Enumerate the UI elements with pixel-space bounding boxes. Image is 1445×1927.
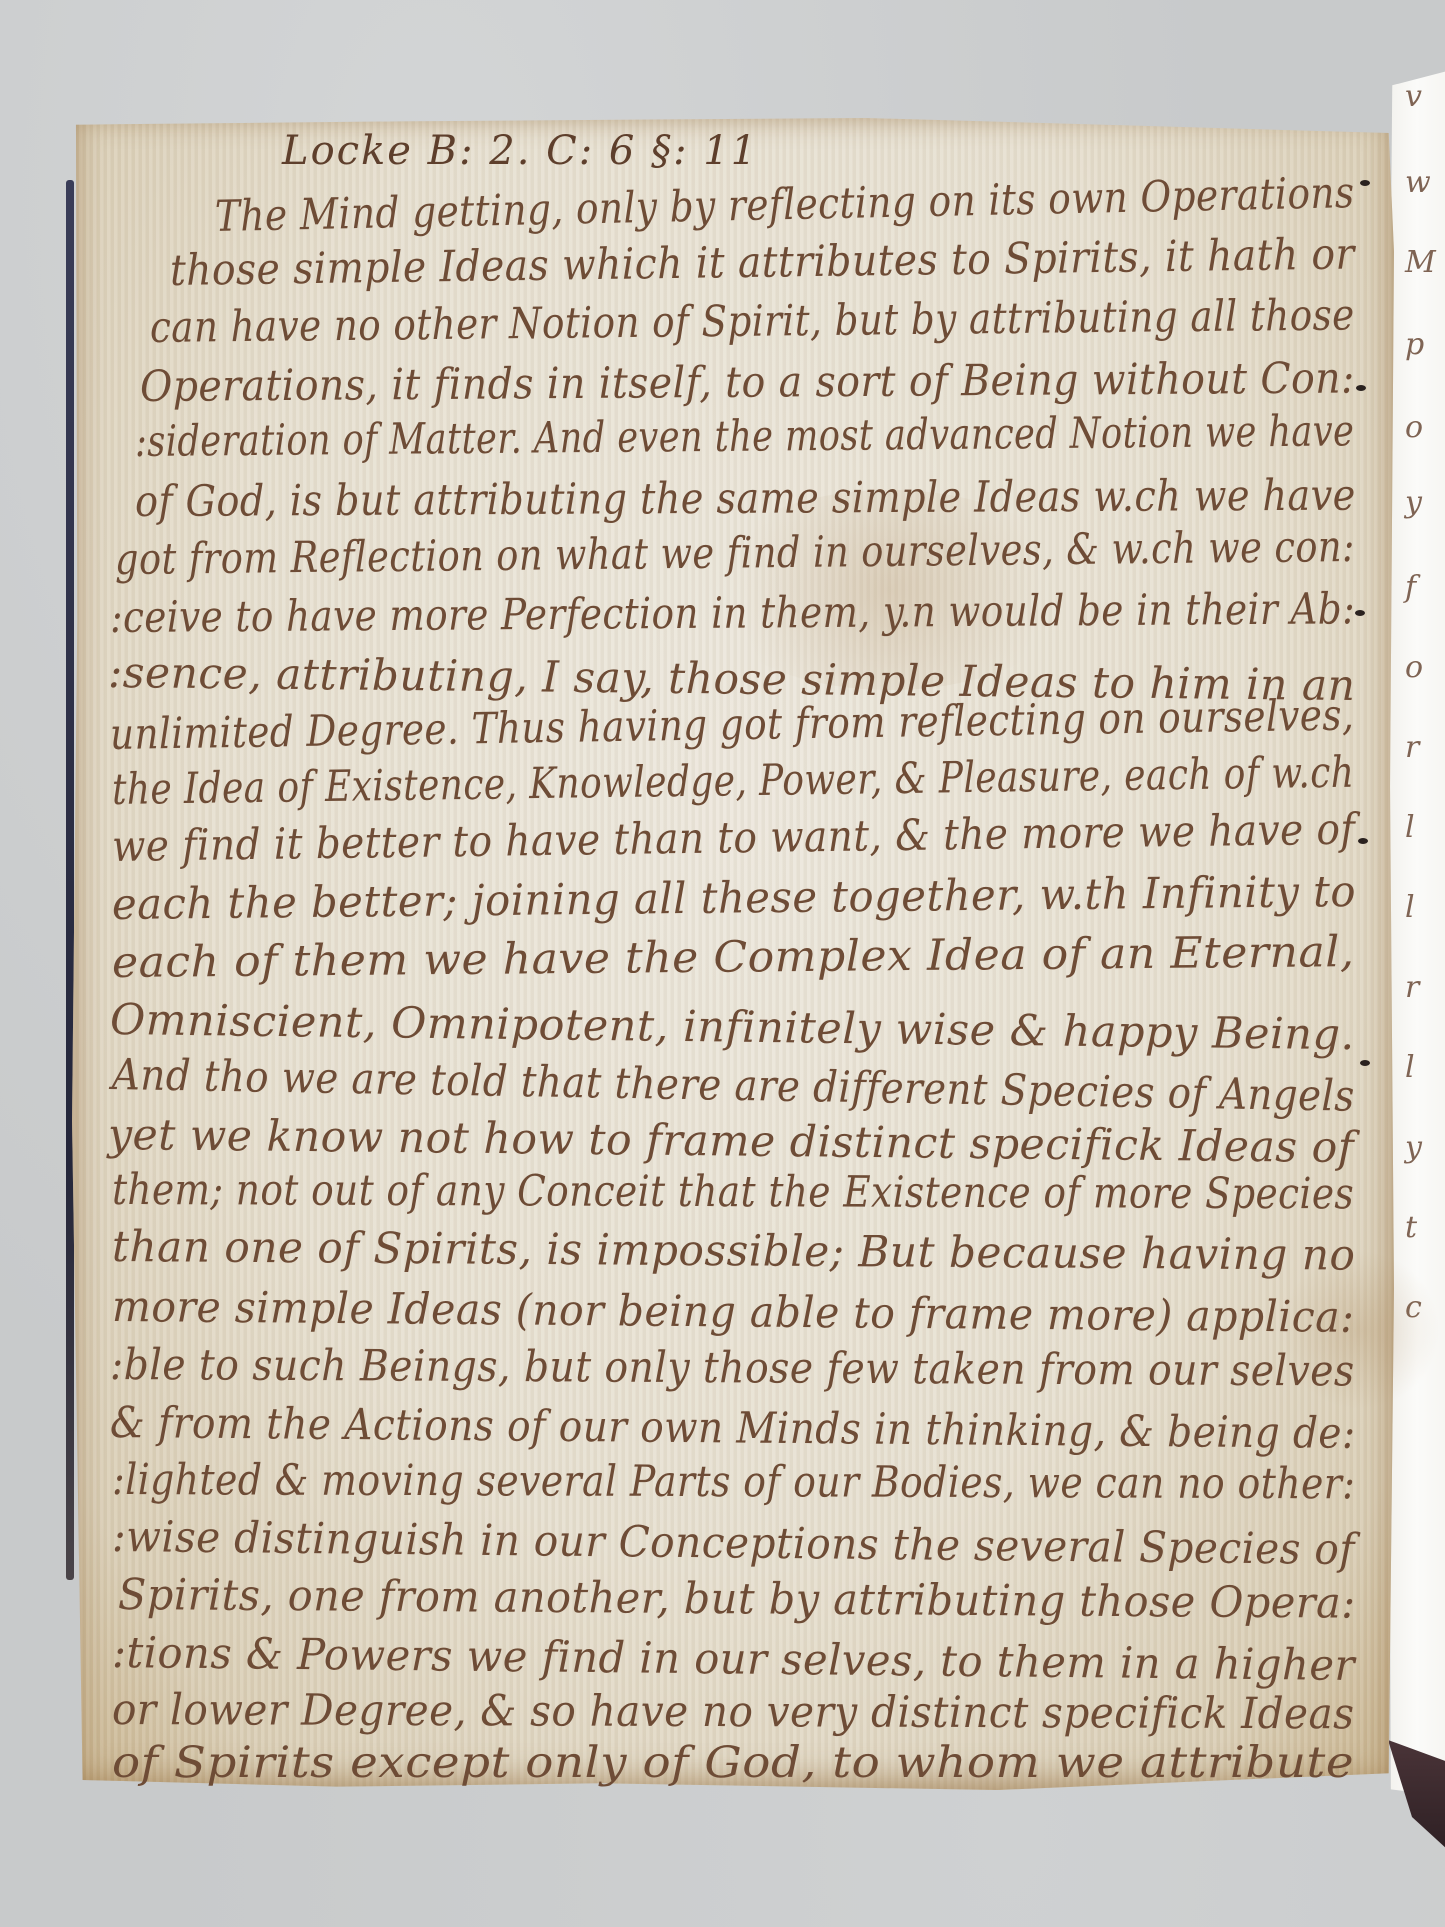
text-line: them; not out of any Conceit that the Ex…	[112, 1165, 1354, 1219]
facing-fragment: M	[1405, 248, 1436, 278]
facing-fragment: w	[1405, 168, 1431, 198]
text-line: or lower Degree, & so have no very disti…	[112, 1685, 1355, 1739]
binding-hole	[1355, 610, 1365, 616]
text-line: Spirits, one from another, but by attrib…	[118, 1570, 1356, 1629]
facing-fragment: y	[1405, 488, 1422, 518]
facing-fragment: o	[1405, 413, 1423, 443]
text-line: :sideration of Matter. And even the most…	[135, 406, 1355, 467]
facing-fragment: l	[1405, 813, 1415, 843]
facing-fragment: o	[1405, 653, 1423, 683]
facing-page-strip: v w M p o y f o r l l r l y t c	[1388, 68, 1445, 1798]
text-line: than one of Spirits, is impossible; But …	[112, 1222, 1356, 1281]
facing-fragment: r	[1405, 733, 1419, 763]
binding-hole	[1358, 838, 1368, 844]
facing-fragment: l	[1405, 1053, 1415, 1083]
text-line: :lighted & moving several Parts of our B…	[112, 1455, 1356, 1509]
text-line: :ceive to have more Perfection in them, …	[110, 584, 1355, 643]
facing-fragment: c	[1405, 1293, 1422, 1323]
text-line: :ble to such Beings, but only those few …	[110, 1340, 1355, 1397]
facing-fragment: v	[1405, 82, 1422, 112]
facing-fragment: p	[1405, 330, 1424, 360]
facing-fragment: l	[1405, 893, 1415, 923]
facing-fragment: y	[1405, 1133, 1422, 1163]
facing-fragment: r	[1405, 973, 1419, 1003]
text-line: of Spirits except only of God, to whom w…	[112, 1738, 1354, 1788]
binding-hole	[1360, 180, 1370, 186]
binding-hole	[1360, 1060, 1370, 1066]
manuscript-heading: Locke B: 2. C: 6 §: 11	[282, 128, 758, 174]
book-spine-edge	[66, 180, 74, 1580]
text-line: of God, is but attributing the same simp…	[135, 471, 1356, 527]
facing-fragment: f	[1405, 573, 1416, 603]
text-line: Operations, it finds in itself, to a sor…	[140, 354, 1355, 412]
binding-hole	[1356, 385, 1366, 391]
facing-fragment: t	[1405, 1213, 1417, 1243]
